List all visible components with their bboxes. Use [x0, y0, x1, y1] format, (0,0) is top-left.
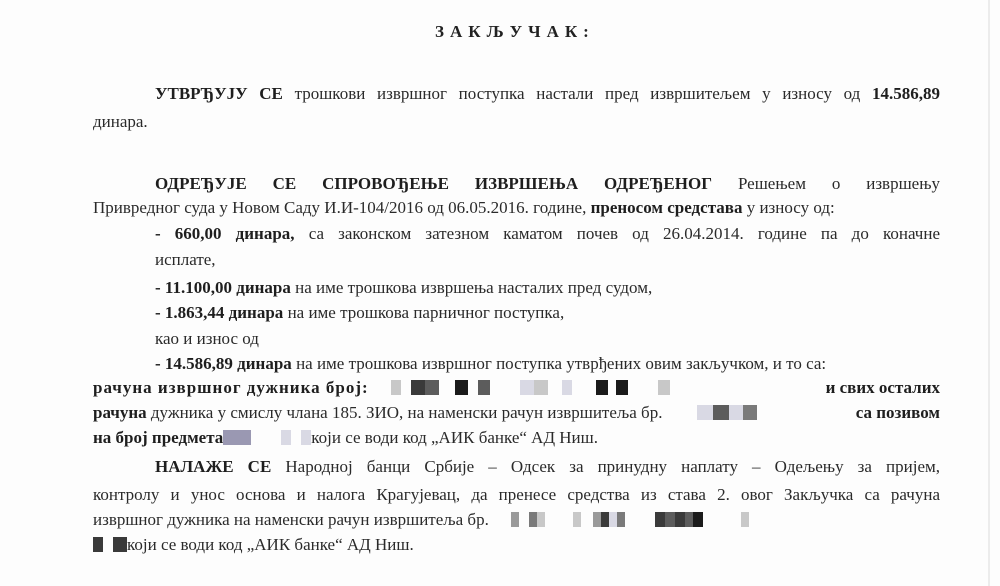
account-line2-text: дужника у смислу члана 185. ЗИО, на наме…: [151, 403, 663, 422]
case-number-label: на број предмета: [93, 428, 223, 447]
para1-lead: УТВРЂУЈУ СЕ: [155, 84, 283, 103]
para1-line1: УТВРЂУЈУ СЕ трошкови извршног поступка н…: [155, 84, 940, 104]
para2-line2: Привредног суда у Новом Саду И.И-104/201…: [93, 198, 835, 218]
para1-text: трошкови извршног поступка настали пред …: [295, 84, 861, 103]
para2-text2a: Привредног суда у Новом Саду И.И-104/201…: [93, 198, 586, 217]
para3-line3-text: извршног дужника на наменски рачун изврш…: [93, 510, 489, 529]
item-1863-text: на име трошкова парничног поступка,: [288, 303, 565, 322]
para1-tail: динара.: [93, 112, 148, 132]
item-660-amount: - 660,00 динара,: [155, 224, 295, 243]
para1-amount: 14.586,89: [872, 84, 940, 103]
account-line3: на број предметакоји се води код „АИК ба…: [93, 428, 598, 448]
document-title: ЗАКЉУЧАК:: [435, 22, 595, 42]
account-line2-lead: рачуна: [93, 403, 147, 422]
item-660-text: са законском затезном каматом почев од 2…: [309, 224, 940, 243]
account-lead: рачуна извршног дужника број:: [93, 378, 369, 397]
account-line2-tail: са позивом: [856, 403, 940, 423]
para3-line2: контролу и унос основа и налога Крагујев…: [93, 485, 940, 505]
also-text: као и износ од: [155, 329, 259, 349]
item-11100-text: на име трошкова извршења насталих пред с…: [295, 278, 652, 297]
para3-lead: НАЛАЖЕ СЕ: [155, 457, 271, 476]
page-edge: [988, 0, 990, 586]
item-660: - 660,00 динара, са законском затезном к…: [155, 224, 940, 244]
item-14586-amount: - 14.586,89 динара: [155, 354, 292, 373]
account-tail: и свих осталих: [826, 378, 940, 398]
account-line1: рачуна извршног дужника број: и свих ост…: [93, 378, 940, 398]
para2-text2b: преносом средстава: [591, 198, 743, 217]
para2-line1: ОДРЕЂУЈЕ СЕ СПРОВОЂЕЊЕ ИЗВРШЕЊА ОДРЕЂЕНО…: [155, 174, 940, 194]
redacted-case-number: [223, 428, 311, 447]
item-660-cont: исплате,: [155, 250, 216, 270]
document-page: ЗАКЉУЧАК: УТВРЂУЈУ СЕ трошкови извршног …: [0, 0, 1000, 586]
account-line3-text: који се води код „АИК банке“ АД Ниш.: [311, 428, 598, 447]
para2-text2c: у износу од:: [747, 198, 835, 217]
para2-text1: Решењем о извршењу: [738, 174, 940, 193]
para3-line1: НАЛАЖЕ СЕ Народној банци Србије – Одсек …: [155, 457, 940, 477]
item-14586: - 14.586,89 динара на име трошкова изврш…: [155, 354, 826, 374]
item-1863: - 1.863,44 динара на име трошкова парнич…: [155, 303, 564, 323]
para3-line3: извршног дужника на наменски рачун изврш…: [93, 510, 940, 530]
redacted-trustee-account-3: [93, 535, 127, 554]
redacted-trustee-account: [667, 403, 757, 422]
para3-line4: који се води код „АИК банке“ АД Ниш.: [93, 535, 414, 555]
redacted-account-number: [373, 378, 670, 397]
para3-line4-text: који се води код „АИК банке“ АД Ниш.: [127, 535, 414, 554]
item-11100-amount: - 11.100,00 динара: [155, 278, 291, 297]
item-14586-text: на име трошкова извршног поступка утврђе…: [296, 354, 826, 373]
para3-line1-text: Народној банци Србије – Одсек за принудн…: [285, 457, 940, 476]
para2-lead: ОДРЕЂУЈЕ СЕ СПРОВОЂЕЊЕ ИЗВРШЕЊА ОДРЕЂЕНО…: [155, 174, 712, 193]
account-line2: рачуна дужника у смислу члана 185. ЗИО, …: [93, 403, 940, 423]
item-11100: - 11.100,00 динара на име трошкова изврш…: [155, 278, 652, 298]
redacted-trustee-account-2: [493, 510, 749, 529]
item-1863-amount: - 1.863,44 динара: [155, 303, 283, 322]
